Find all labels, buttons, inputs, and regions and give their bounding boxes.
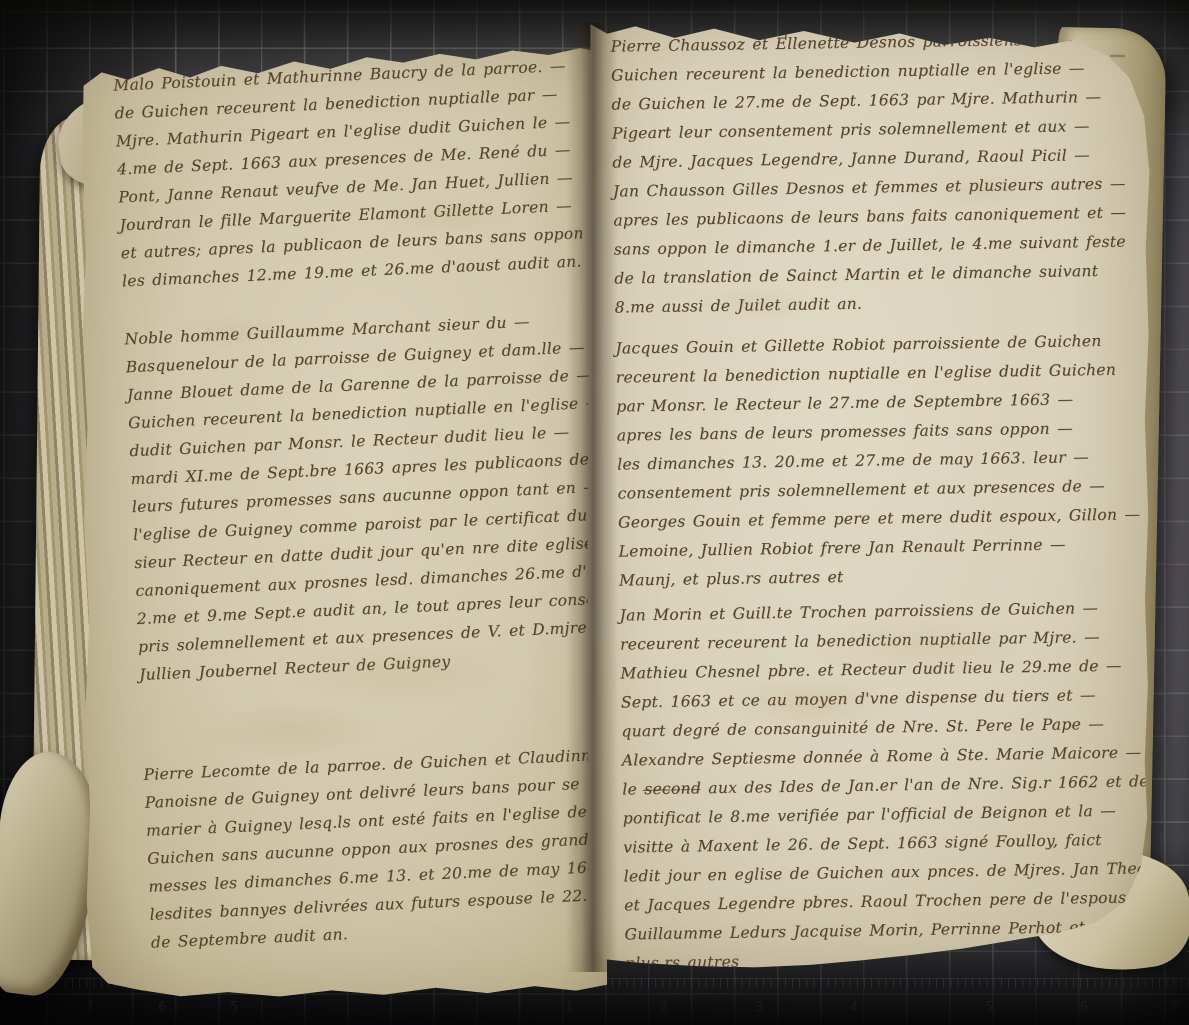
right-page: + Pierre Chaussoz et Ellenette Desnos pa… — [586, 19, 1153, 970]
paragraph: Noble homme Guillaumme Marchant sieur du… — [124, 302, 666, 689]
ruler-number: 7 — [86, 1000, 94, 1015]
ruler-number: 8 — [14, 1000, 22, 1015]
ruler-numbers: 87651234567 — [0, 1000, 1189, 1022]
left-page: Malo Poistouin et Mathurinne Baucry de l… — [81, 44, 608, 998]
ruler-number: 6 — [1080, 1000, 1088, 1015]
paragraph: Jacques Gouin et Gillette Robiot parrois… — [615, 325, 1189, 595]
ruler-number: 6 — [158, 1000, 166, 1015]
ruler-number: 5 — [985, 1000, 993, 1015]
ruler-number: 1 — [565, 1000, 573, 1015]
paragraph: Pierre Chaussoz et Ellenette Desnos parr… — [610, 23, 1189, 322]
ruler-number: 2 — [660, 1000, 668, 1015]
paragraph: Malo Poistouin et Mathurinne Baucry de l… — [113, 49, 649, 296]
ruler-number: 4 — [850, 1000, 858, 1015]
ruler-number: 7 — [1170, 1000, 1178, 1015]
manuscript-text-right: Pierre Chaussoz et Ellenette Desnos parr… — [610, 23, 1189, 978]
ruler-number: 5 — [230, 1000, 238, 1015]
ruler-number: 3 — [755, 1000, 763, 1015]
